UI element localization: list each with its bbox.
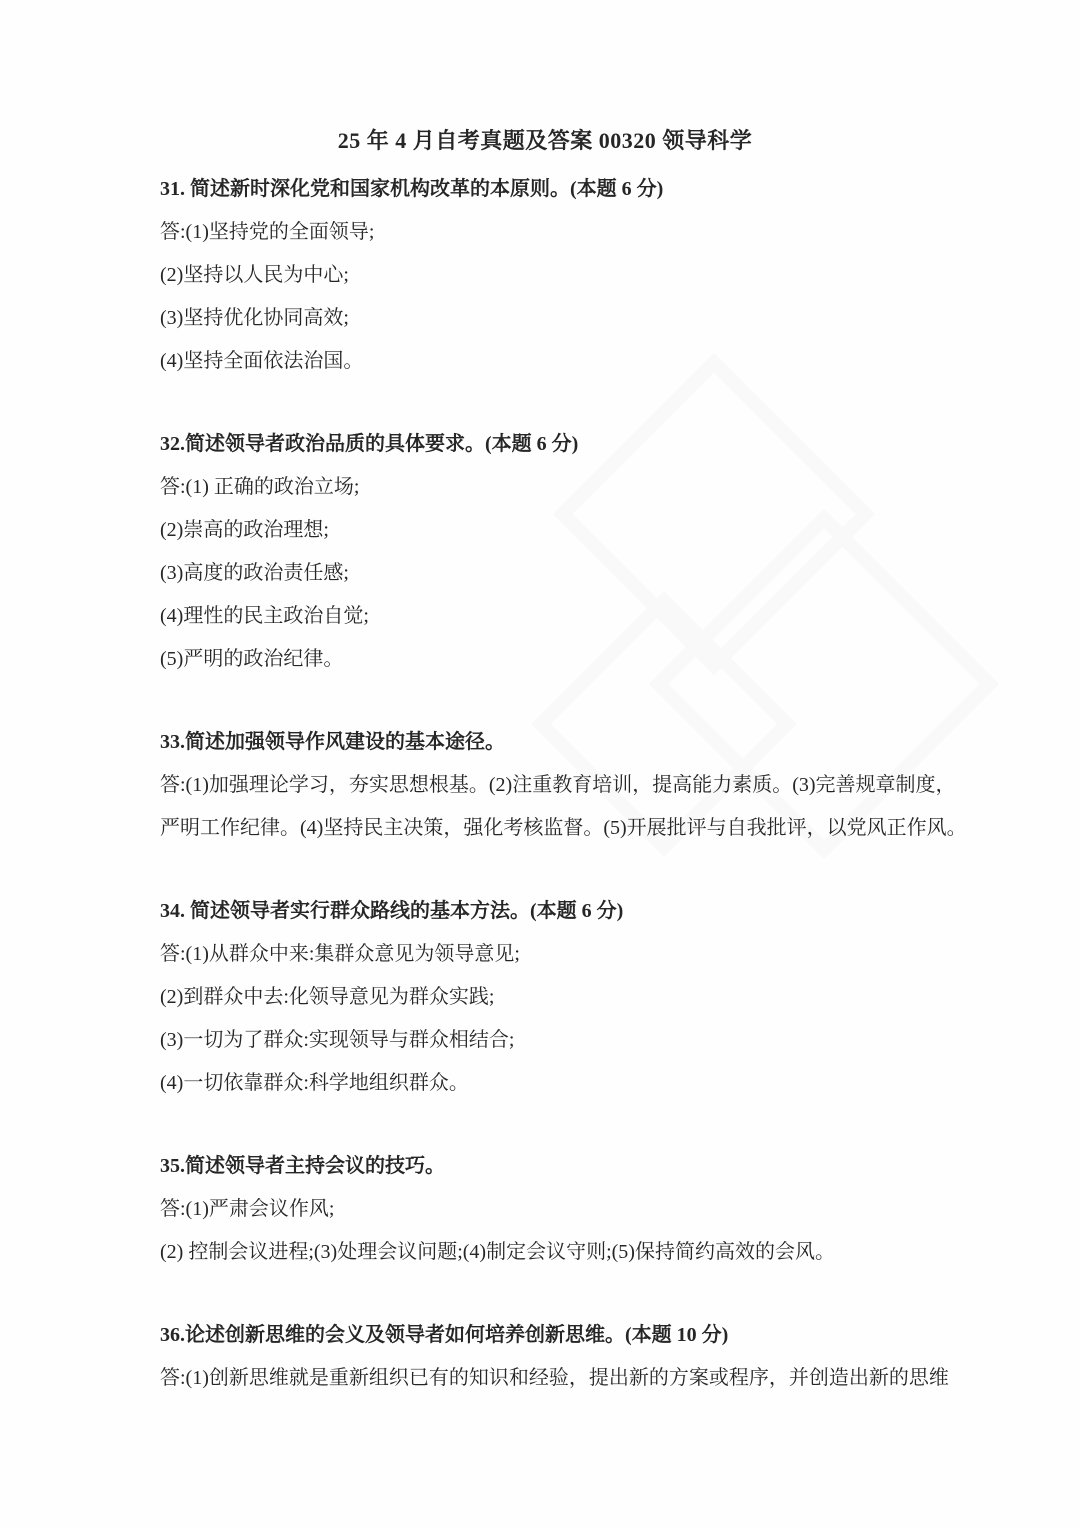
answer-32-line-3: (3)高度的政治责任感; bbox=[160, 552, 930, 595]
answer-31-line-2: (2)坚持以人民为中心; bbox=[160, 254, 930, 297]
question-34: 34. 简述领导者实行群众路线的基本方法。(本题 6 分) bbox=[160, 890, 930, 933]
question-33-section: 33.简述加强领导作风建设的基本途径。 答:(1)加强理论学习，夯实思想根基。(… bbox=[160, 721, 930, 850]
answer-35-line-1: 答:(1)严肃会议作风; bbox=[160, 1188, 930, 1231]
answer-31-line-1: 答:(1)坚持党的全面领导; bbox=[160, 211, 930, 254]
document-content: 25 年 4 月自考真题及答案 00320 领导科学 31. 简述新时深化党和国… bbox=[0, 0, 1080, 1400]
answer-31-line-4: (4)坚持全面依法治国。 bbox=[160, 340, 930, 383]
question-33: 33.简述加强领导作风建设的基本途径。 bbox=[160, 721, 930, 764]
answer-36-line-1: 答:(1)创新思维就是重新组织已有的知识和经验，提出新的方案或程序，并创造出新的… bbox=[160, 1357, 930, 1400]
answer-34-line-2: (2)到群众中去:化领导意见为群众实践; bbox=[160, 976, 930, 1019]
question-32-section: 32.简述领导者政治品质的具体要求。(本题 6 分) 答:(1) 正确的政治立场… bbox=[160, 423, 930, 681]
answer-34-line-1: 答:(1)从群众中来:集群众意见为领导意见; bbox=[160, 933, 930, 976]
question-35-section: 35.简述领导者主持会议的技巧。 答:(1)严肃会议作风; (2) 控制会议进程… bbox=[160, 1145, 930, 1274]
question-35: 35.简述领导者主持会议的技巧。 bbox=[160, 1145, 930, 1188]
question-31-section: 31. 简述新时深化党和国家机构改革的本原则。(本题 6 分) 答:(1)坚持党… bbox=[160, 168, 930, 383]
answer-34-line-4: (4)一切依靠群众:科学地组织群众。 bbox=[160, 1062, 930, 1105]
question-36-section: 36.论述创新思维的会义及领导者如何培养创新思维。(本题 10 分) 答:(1)… bbox=[160, 1314, 930, 1400]
answer-35-line-2: (2) 控制会议进程;(3)处理会议问题;(4)制定会议守则;(5)保持简约高效… bbox=[160, 1231, 930, 1274]
answer-32-line-1: 答:(1) 正确的政治立场; bbox=[160, 466, 930, 509]
question-31: 31. 简述新时深化党和国家机构改革的本原则。(本题 6 分) bbox=[160, 168, 930, 211]
answer-34-line-3: (3)一切为了群众:实现领导与群众相结合; bbox=[160, 1019, 930, 1062]
question-32: 32.简述领导者政治品质的具体要求。(本题 6 分) bbox=[160, 423, 930, 466]
document-page: 25 年 4 月自考真题及答案 00320 领导科学 31. 简述新时深化党和国… bbox=[0, 0, 1080, 1528]
question-36: 36.论述创新思维的会义及领导者如何培养创新思维。(本题 10 分) bbox=[160, 1314, 930, 1357]
answer-33-line-1: 答:(1)加强理论学习，夯实思想根基。(2)注重教育培训，提高能力素质。(3)完… bbox=[160, 764, 930, 807]
answer-32-line-2: (2)崇高的政治理想; bbox=[160, 509, 930, 552]
answer-31-line-3: (3)坚持优化协同高效; bbox=[160, 297, 930, 340]
answer-32-line-5: (5)严明的政治纪律。 bbox=[160, 638, 930, 681]
answer-33-line-2: 严明工作纪律。(4)坚持民主决策，强化考核监督。(5)开展批评与自我批评，以党风… bbox=[160, 807, 930, 850]
page-title: 25 年 4 月自考真题及答案 00320 领导科学 bbox=[160, 118, 930, 164]
answer-32-line-4: (4)理性的民主政治自觉; bbox=[160, 595, 930, 638]
question-34-section: 34. 简述领导者实行群众路线的基本方法。(本题 6 分) 答:(1)从群众中来… bbox=[160, 890, 930, 1105]
